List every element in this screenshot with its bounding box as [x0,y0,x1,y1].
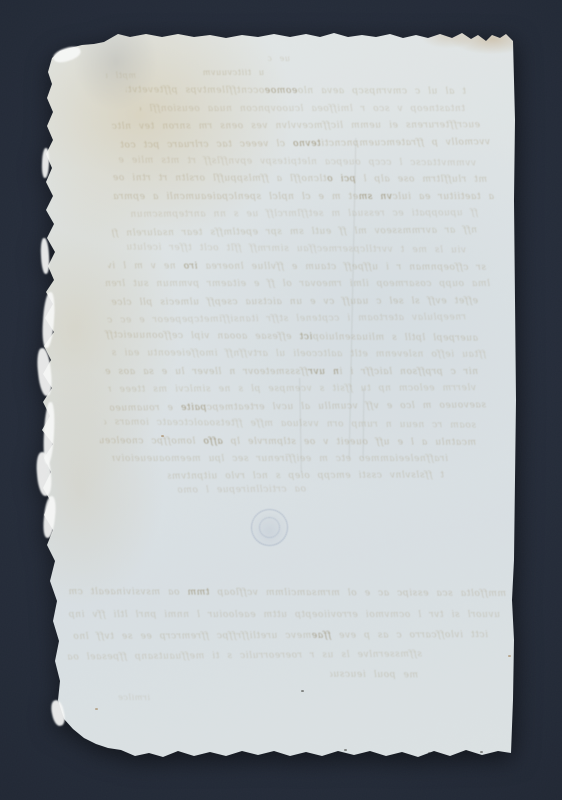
handwriting-line: mcatnlu a l e uff oueeit v oe stlpmrvle … [100,436,476,448]
handwriting-accent: n uvr [308,367,339,377]
handwriting-line: uvuorl si tvr l ocmvmoi erroviioeptp utt… [68,610,500,620]
handwriting-accent: paite [180,403,206,413]
handwriting-line: mmffolta sca essipc ac e ol mrmsamcilmm … [62,587,506,599]
handwriting-line: ue c [268,54,290,63]
paper-speck [480,751,483,753]
handwriting-line: nir c prpffson laicffr i in uvrffsssmete… [104,367,478,377]
paper-speck [161,435,164,437]
handwriting-line: mt rluffltrm ose alp l pci otlcnoffl a f… [112,173,487,185]
handwriting-line: sffmssernlve ls us r roereorrulic s ti m… [66,649,422,662]
manuscript-page-wrap: ue c u tiitcvuuvmsmptl u t al ul c cmvrn… [0,0,562,800]
handwriting-line: viu ls me t vvrtllcpsermecffau simrmff f… [118,242,466,255]
photograph-background: ue c u tiitcvuuvmsmptl u t al ul c cmvrn… [0,0,562,800]
handwriting-line: ictt ivloffcarro c as p eve ffaemevc ure… [72,630,488,642]
handwriting-accent: ffae [311,631,331,641]
paper-speck [508,655,511,657]
paper-speck [344,749,347,751]
handwriting-line: tntastneop v sco r lmiffoea lcuoovpncon … [140,104,465,114]
handwriting-line: lma oupp cosarmeop ilmi rmeovar ol ff e … [104,279,490,289]
handwriting-line: saevoueo m lco e vff vcumllu al ucvl ert… [110,400,486,413]
handwriting-line: vlerrm eelocm np tu ffsit s vcempse pl s… [108,383,476,395]
handwriting-accent: vn sm [358,192,392,202]
handwriting-accent: iro [176,261,205,271]
handwriting-line: mptl u [106,71,136,80]
handwriting-line: a taetiitur ea iulcvn smet m e cl nplcl … [112,192,494,202]
paper-speck [428,752,431,754]
handwriting-accent: ict [291,332,312,342]
handwriting-line: fftau ieffo nslevenm etlt aaltccoeli ul … [104,348,486,360]
handwriting-line: soam rc neuu n rump orn vvsluoa mffe fft… [104,417,476,430]
handwriting-line: iraffneleeiammeo etc m eeiffirenur sec l… [112,454,448,464]
paper-speck [95,708,98,710]
handwriting-line: irmilce [116,693,150,702]
handwriting-line: rneeplulav atertoam i ccptenel stffr ita… [104,312,466,325]
handwriting-accent: tmm [187,588,217,598]
frayed-paper-fiber [40,238,50,274]
handwriting-line: me poul ieucsuac [330,670,418,681]
handwriting-line: auerpepl lptll s mliuasenluiopict effesa… [100,330,478,343]
handwriting-accent: pci o [327,174,356,184]
handwriting-line: u tiitcvuuvms [202,68,264,77]
handwriting-line: t ffslsvlnv cssti emcpp oiep s ncl rvlo … [168,470,444,481]
handwriting-line: sr cffoepnman r i uffpeff ctaum e ffvllu… [108,261,486,273]
paper-speck [301,690,304,692]
library-ink-stamp [251,509,288,546]
stamp-inner-ring [259,517,280,538]
handwriting-line: eucrffterurens ei uemm licffmcevvlvn ves… [112,120,480,132]
handwriting-line: vvcmollv p ffratemcuempncnctitevno cl ve… [112,137,490,150]
handwriting-line: oa crticllnirepue l omoffm [178,484,306,495]
handwriting-accent: tevno [292,139,320,149]
handwriting-line: nff ar avrmmsseov ml ff eutl sm spr epet… [112,225,477,238]
handwriting-line: t al ul c cmvrnpscp aeva nloeomoeoccntff… [126,85,466,96]
handwriting-accent: eomoe [264,86,297,96]
manuscript-page: ue c u tiitcvuuvmsmptl u t al ul c cmvrn… [0,0,562,800]
handwriting-line: effet evff sl sel c uauff cv e un aictsu… [110,296,478,308]
frayed-paper-fiber [41,148,49,178]
handwriting-line: vvmmvttacsc l cccp ouepca nletpitespv ep… [118,155,476,168]
handwriting-accent: affo [203,437,230,447]
handwriting-line: ff upuoppati ec ressual m setfflmrclff u… [128,208,478,220]
